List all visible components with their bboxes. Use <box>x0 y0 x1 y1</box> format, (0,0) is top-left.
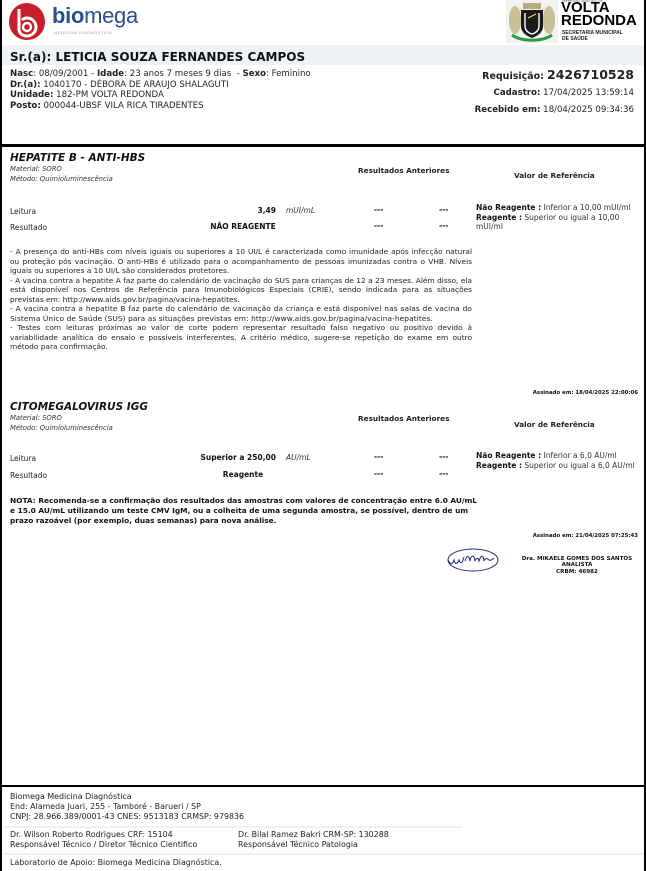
reference-values: Não Reagente : Inferior a 6,0 AU/ml Reag… <box>476 452 641 472</box>
handwritten-signature-icon <box>444 546 499 574</box>
biomega-drop-icon <box>8 1 46 41</box>
result-label: Resultado <box>10 471 47 480</box>
coat-of-arms-icon <box>506 0 558 43</box>
registration-date: Cadastro: 17/04/2025 13:59:14 <box>475 88 634 98</box>
health-secretariat: SECRETARIA MUNICIPAL DE SAÚDE <box>562 30 623 42</box>
reading-unit: mUI/mL <box>286 206 315 215</box>
signer-info: Dra. MIKAELE GOMES DOS SANTOS ANALISTA C… <box>512 556 642 575</box>
previous-result-1: --- <box>374 205 383 214</box>
biomega-logo: biomega MEDICINA DIAGNÓSTICA <box>8 1 148 41</box>
previous-results-header: Resultados Anteriores <box>358 166 449 175</box>
biomega-wordmark: biomega <box>52 3 138 29</box>
exam-meta: Material: SORO Método: Quimioluminescênc… <box>10 165 113 184</box>
patient-info: Nasc: 08/09/2001 - Idade: 23 anos 7 mese… <box>10 69 311 111</box>
patient-name: Sr.(a): LETICIA SOUZA FERNANDES CAMPOS <box>10 50 305 64</box>
reference-header: Valor de Referência <box>514 171 595 180</box>
requisition-number: Requisição: 2426710528 <box>475 67 634 82</box>
reference-values: Não Reagente : Inferior a 10,00 mUI/ml R… <box>476 204 641 233</box>
exam-title: CITOMEGALOVIRUS IGG <box>10 401 148 413</box>
received-date: Recebido em: 18/04/2025 09:34:36 <box>475 105 634 115</box>
reading-value: Superior a 250,00 <box>200 453 276 462</box>
city-name-line2: REDONDA <box>561 14 637 28</box>
footer-responsible-1: Dr. Wilson Roberto Rodrigues CRF: 15104 … <box>10 830 197 850</box>
header-divider <box>2 144 644 147</box>
biomega-tagline: MEDICINA DIAGNÓSTICA <box>54 30 112 35</box>
previous-result-2: --- <box>439 205 448 214</box>
requesting-doctor: Dr.(a): 1040170 - DÉBORA DE ARAUJO SHALA… <box>10 80 311 91</box>
exam-note: NOTA: Recomenda-se a confirmação dos res… <box>10 496 480 526</box>
reading-label: Leitura <box>10 454 36 463</box>
previous-result-2: --- <box>439 452 448 461</box>
lab-report-page: biomega MEDICINA DIAGNÓSTICA PREFEITURA … <box>0 0 646 871</box>
footer-support-lab: Laboratorio de Apoio: Biomega Medicina D… <box>10 858 222 868</box>
footer-divider <box>2 785 644 787</box>
footer-separator <box>4 826 462 828</box>
request-info: Requisição: 2426710528 Cadastro: 17/04/2… <box>475 67 634 122</box>
footer-responsible-2: Dr. Bilal Ramez Bakri CRM-SP: 130288 Res… <box>238 830 389 850</box>
exam-notes: - A presença do anti-HBs com níveis igua… <box>10 247 472 352</box>
previous-result-1: --- <box>374 221 383 230</box>
signed-timestamp: Assinado em: 21/04/2025 07:25:43 <box>533 533 638 539</box>
patient-unit: Unidade: 182-PM VOLTA REDONDA <box>10 90 311 101</box>
volta-redonda-logo: PREFEITURA MUNICIPAL DE VOLTA REDONDA SE… <box>504 0 642 43</box>
signed-timestamp: Assinado em: 18/04/2025 22:00:06 <box>533 390 638 396</box>
reading-label: Leitura <box>10 207 36 216</box>
previous-result-1: --- <box>374 452 383 461</box>
previous-results-header: Resultados Anteriores <box>358 414 449 423</box>
patient-post: Posto: 000044-UBSF VILA RICA TIRADENTES <box>10 101 311 112</box>
reading-unit: AU/mL <box>286 453 311 462</box>
previous-result-2: --- <box>439 469 448 478</box>
result-value: NÃO REAGENTE <box>202 222 284 231</box>
reference-header: Valor de Referência <box>514 420 595 429</box>
footer-separator <box>4 853 644 855</box>
exam-meta: Material: SORO Método: Quimioluminescênc… <box>10 414 113 433</box>
previous-result-1: --- <box>374 469 383 478</box>
previous-result-2: --- <box>439 221 448 230</box>
reading-value: 3,49 <box>257 206 276 215</box>
patient-birth-age-sex: Nasc: 08/09/2001 - Idade: 23 anos 7 mese… <box>10 69 311 80</box>
footer-lab-info: Biomega Medicina Diagnóstica End: Alamed… <box>10 792 244 822</box>
result-value: Reagente <box>202 470 284 479</box>
exam-title: HEPATITE B - ANTI-HBS <box>10 152 145 164</box>
result-label: Resultado <box>10 223 47 232</box>
signer-registry: CRBM: 46982 <box>512 569 642 575</box>
